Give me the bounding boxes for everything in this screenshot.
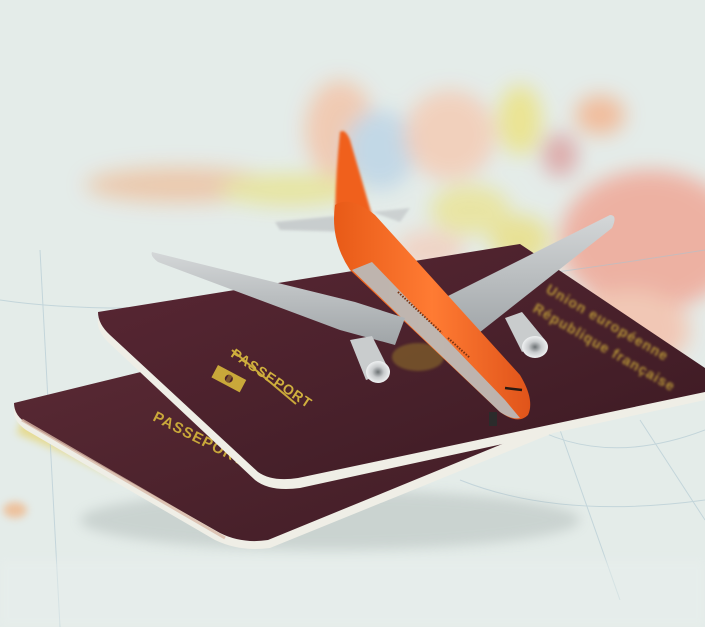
airplane-landing-gear [489,412,497,426]
photo-scene: PASSEPORT PASSEPORT Union européenne Rép… [0,0,705,627]
scene-illustration: PASSEPORT PASSEPORT Union européenne Rép… [0,0,705,627]
